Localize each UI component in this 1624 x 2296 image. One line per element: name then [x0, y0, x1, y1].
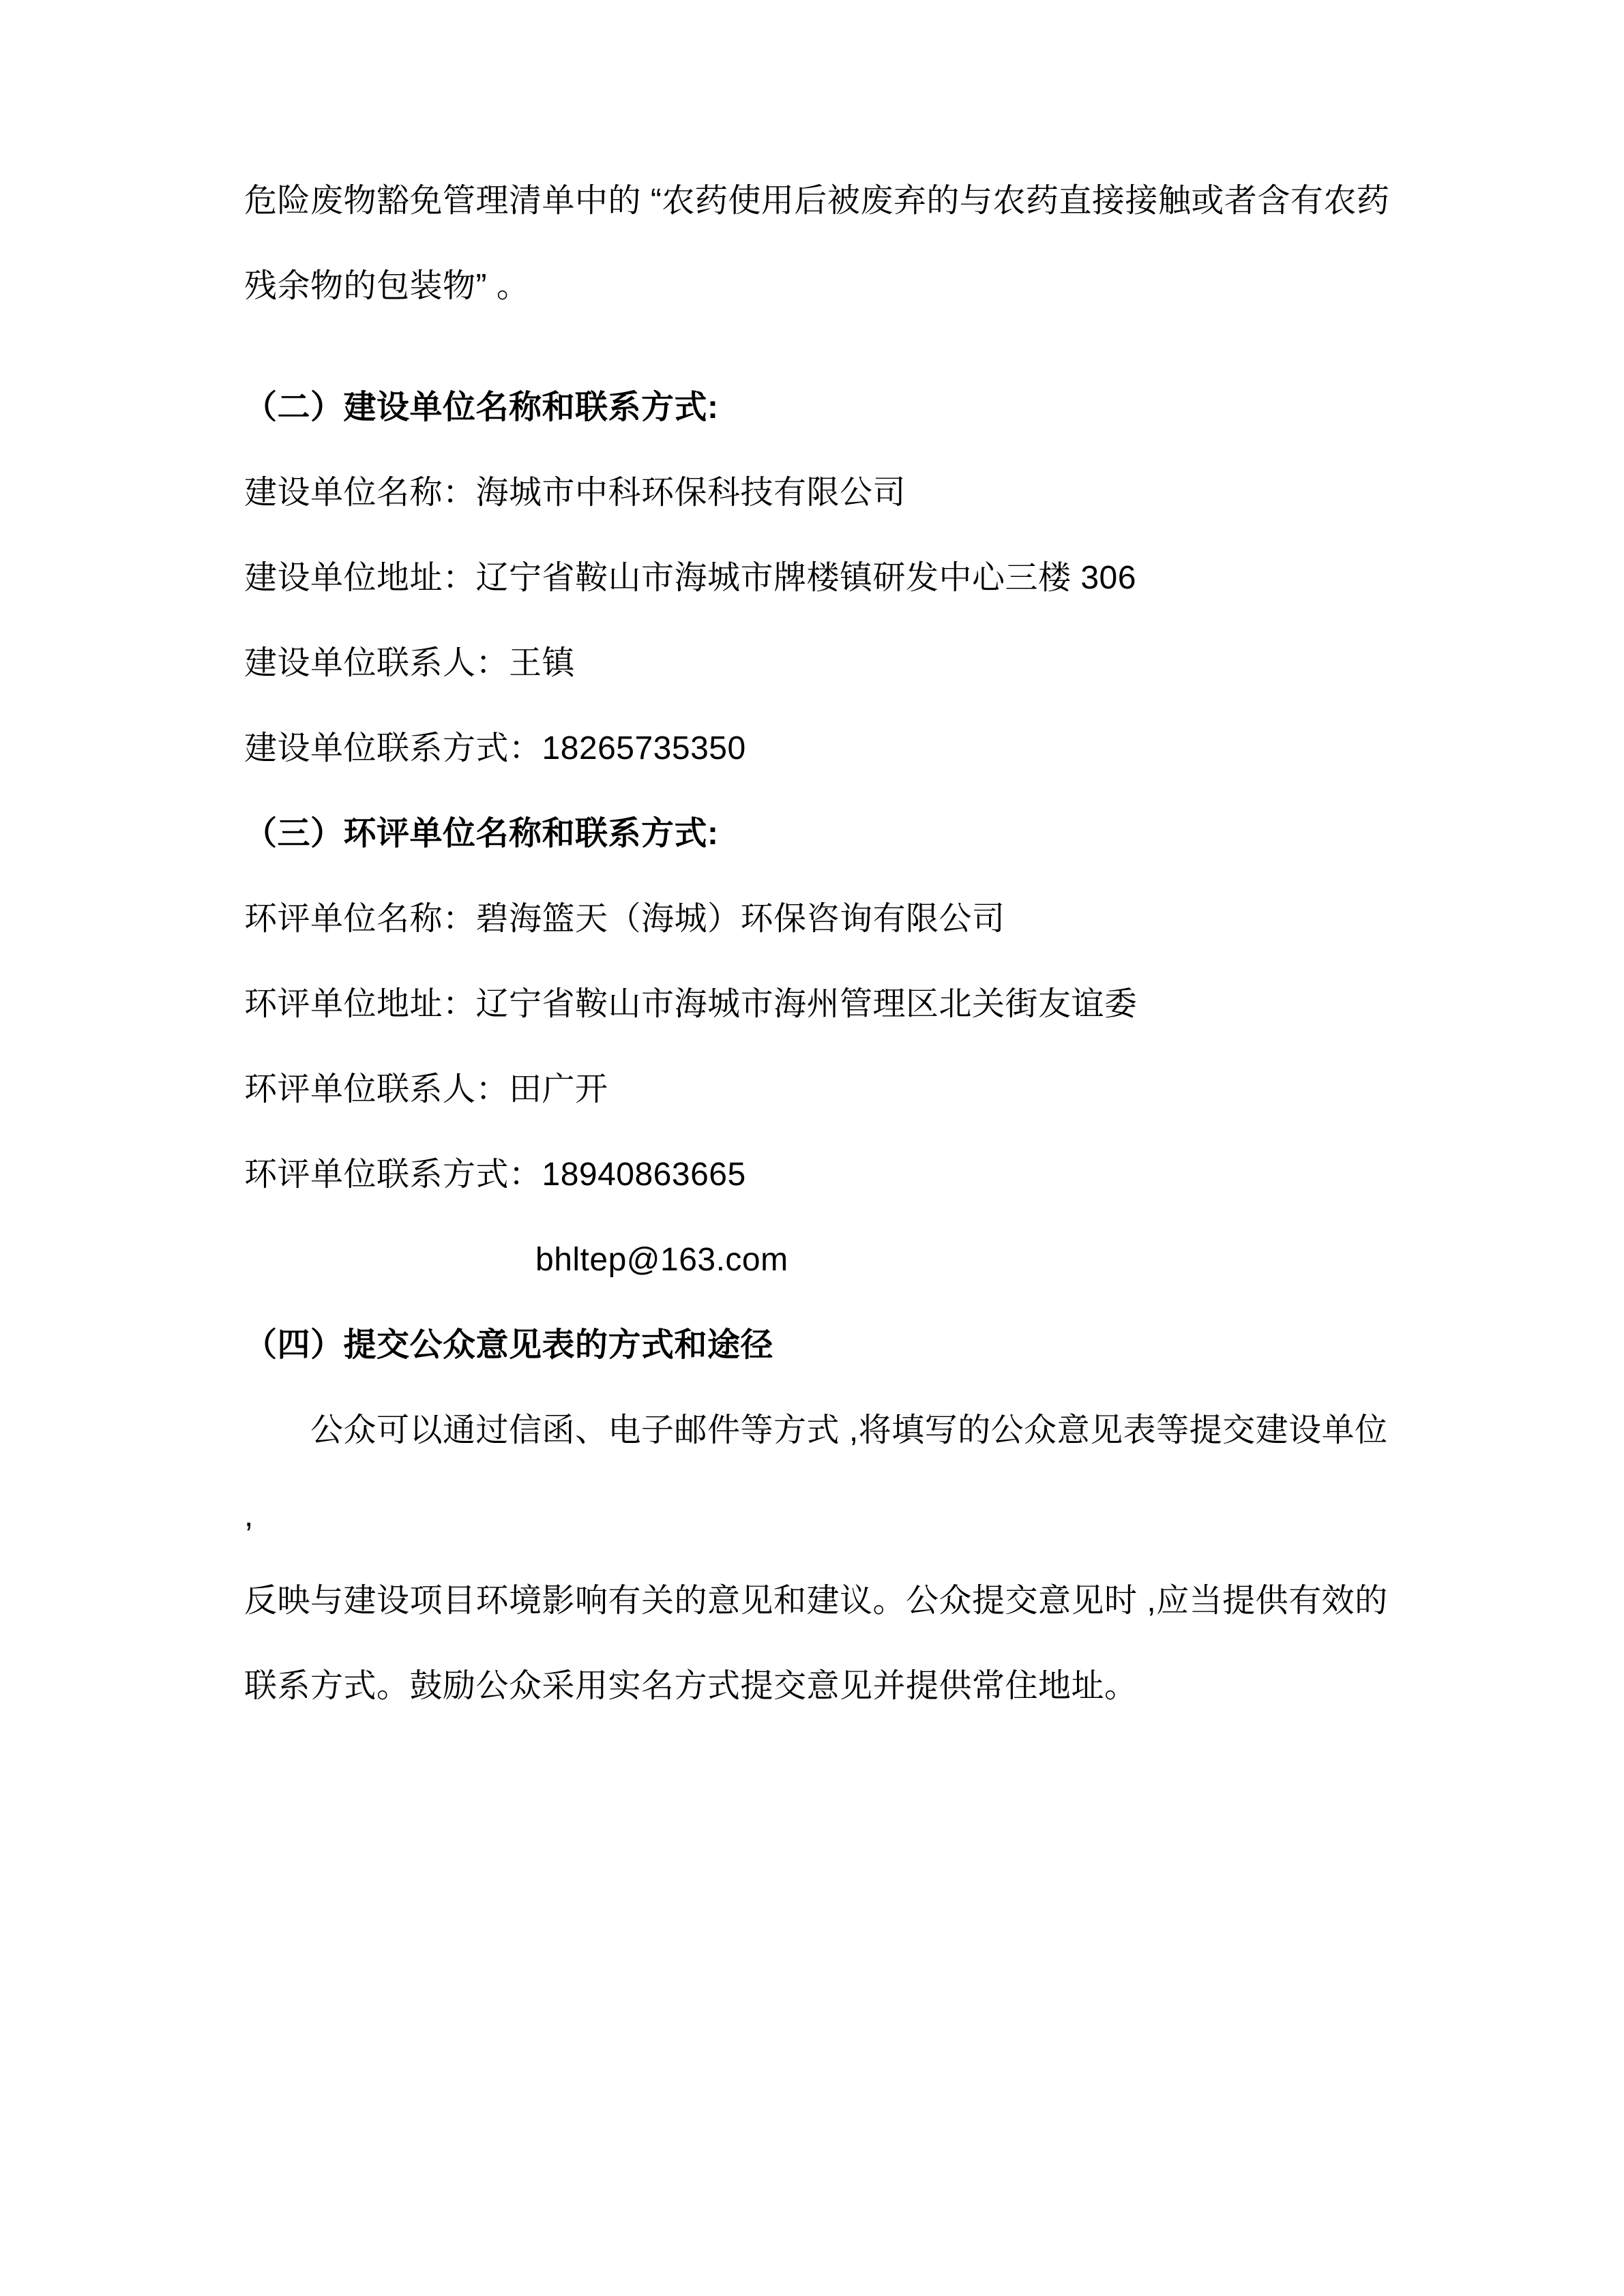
line-eia-unit-name: 环评单位名称：碧海篮天（海城）环保咨询有限公司: [244, 876, 1399, 961]
document-page: 危险废物豁免管理清单中的 “农药使用后被废弃的与农药直接接触或者含有农药 残余物…: [0, 0, 1624, 2296]
section-heading-eia-unit: （三）环评单位名称和联系方式:: [244, 791, 1399, 876]
line-construction-unit-contact-number: 建设单位联系方式：18265735350: [244, 706, 1399, 791]
section-heading-submission-method: （四）提交公众意见表的方式和途径: [244, 1302, 1399, 1388]
line-eia-unit-email: bhltep@163.com: [244, 1217, 1399, 1302]
line-construction-unit-contact-person: 建设单位联系人：王镇: [244, 621, 1399, 706]
line-eia-unit-contact-number: 环评单位联系方式：18940863665: [244, 1132, 1399, 1217]
line-eia-unit-contact-person: 环评单位联系人：田广开: [244, 1047, 1399, 1132]
line-construction-unit-name: 建设单位名称：海城市中科环保科技有限公司: [244, 450, 1399, 535]
paragraph-exemption-note: 危险废物豁免管理清单中的 “农药使用后被废弃的与农药直接接触或者含有农药 残余物…: [244, 158, 1399, 329]
section-heading-construction-unit: （二）建设单位名称和联系方式:: [244, 365, 1399, 450]
line-eia-unit-address: 环评单位地址：辽宁省鞍山市海城市海州管理区北关街友谊委: [244, 961, 1399, 1047]
paragraph-submission-method: 公众可以通过信函、电子邮件等方式 ,将填写的公众意见表等提交建设单位 , 反映与…: [244, 1388, 1399, 1729]
line-construction-unit-address: 建设单位地址：辽宁省鞍山市海城市牌楼镇研发中心三楼 306: [244, 535, 1399, 621]
